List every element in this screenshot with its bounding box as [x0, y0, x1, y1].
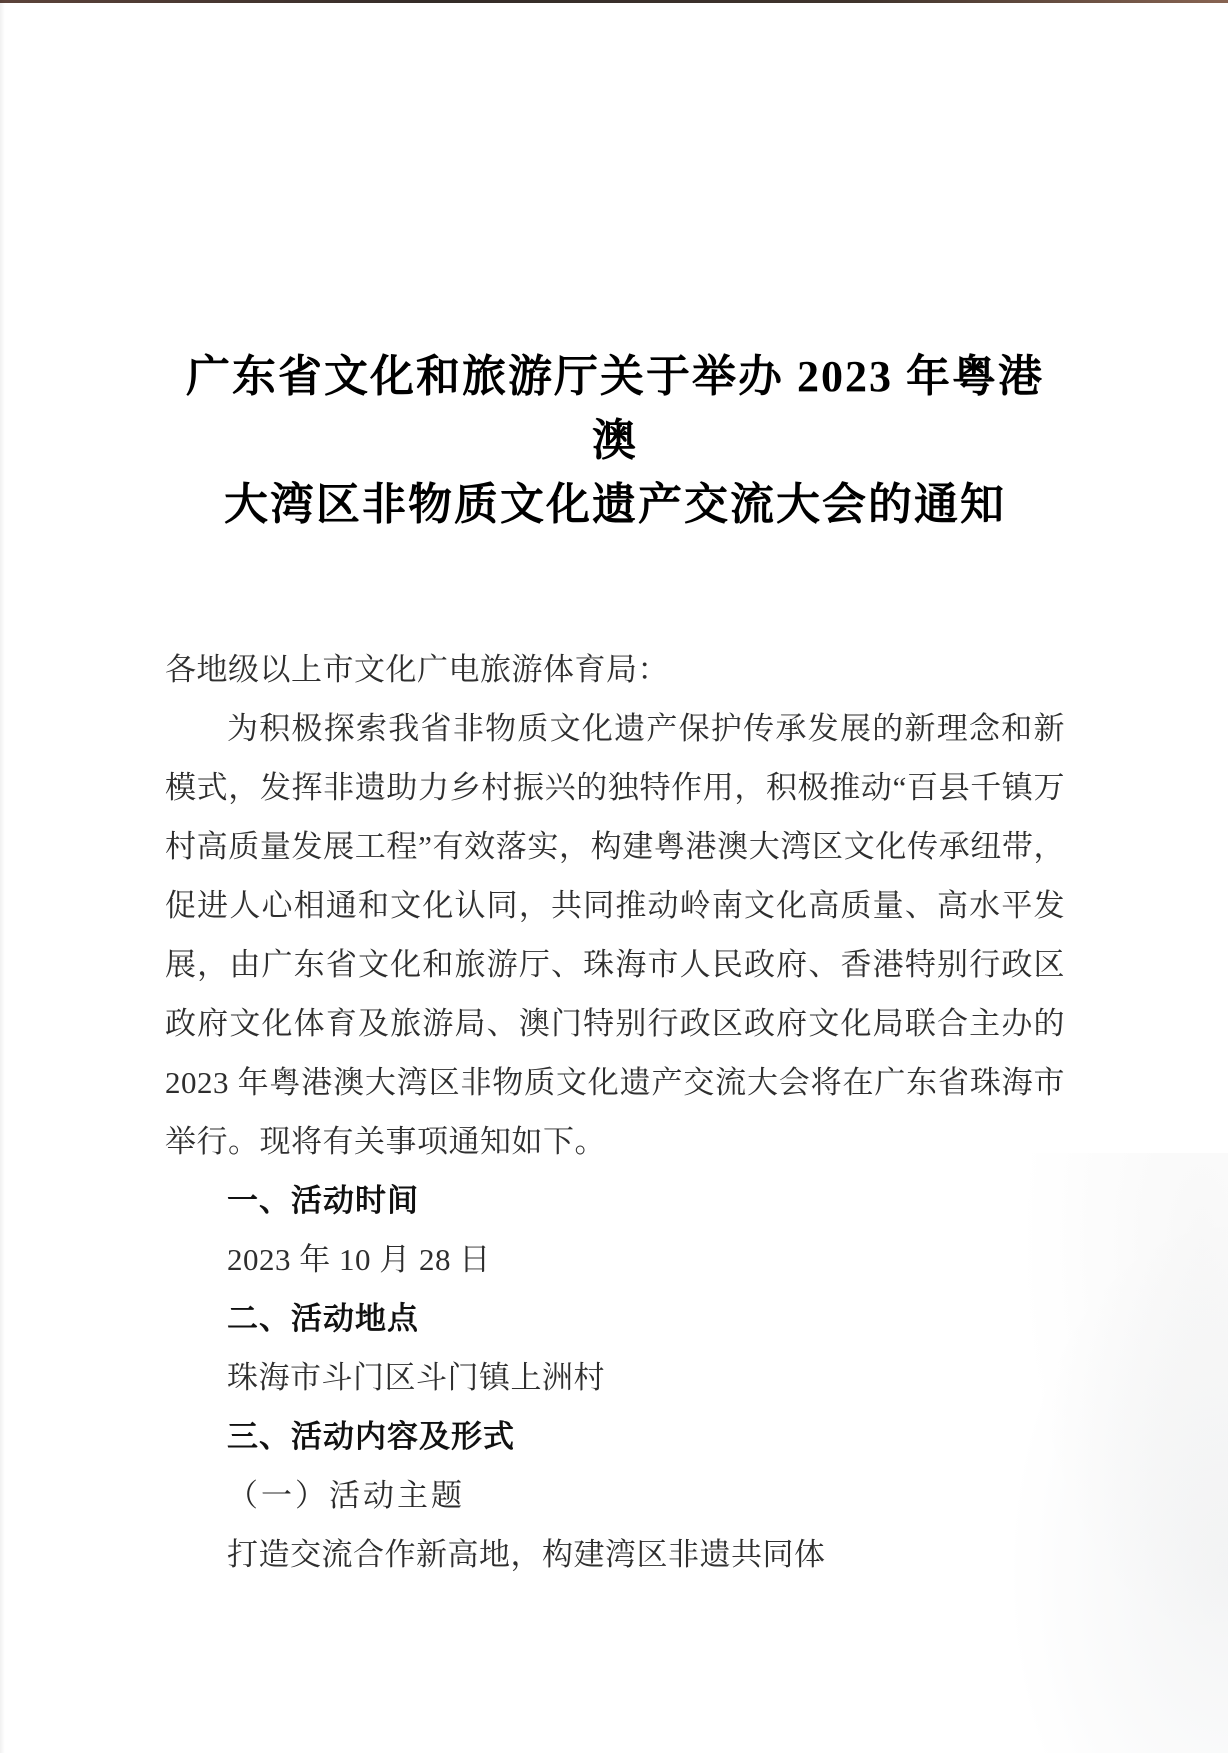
scanned-document-page: 广东省文化和旅游厅关于举办 2023 年粤港澳 大湾区非物质文化遗产交流大会的通…: [0, 0, 1228, 1753]
section-2-body: 珠海市斗门区斗门镇上洲村: [165, 1348, 1065, 1407]
document-content: 广东省文化和旅游厅关于举办 2023 年粤港澳 大湾区非物质文化遗产交流大会的通…: [165, 0, 1065, 1584]
document-title: 广东省文化和旅游厅关于举办 2023 年粤港澳 大湾区非物质文化遗产交流大会的通…: [165, 345, 1065, 537]
section-1-body: 2023 年 10 月 28 日: [165, 1230, 1065, 1289]
section-3-heading: 三、活动内容及形式: [165, 1407, 1065, 1466]
scan-artifact-left-edge: [0, 0, 5, 1753]
document-body: 各地级以上市文化广电旅游体育局： 为积极探索我省非物质文化遗产保护传承发展的新理…: [165, 640, 1065, 1584]
section-3-subheading: （一）活动主题: [165, 1466, 1065, 1525]
salutation: 各地级以上市文化广电旅游体育局：: [165, 640, 1065, 699]
section-3-body: 打造交流合作新高地，构建湾区非遗共同体: [165, 1525, 1065, 1584]
section-2-heading: 二、活动地点: [165, 1289, 1065, 1348]
section-1-heading: 一、活动时间: [165, 1171, 1065, 1230]
intro-paragraph: 为积极探索我省非物质文化遗产保护传承发展的新理念和新模式，发挥非遗助力乡村振兴的…: [165, 699, 1065, 1171]
document-title-line2: 大湾区非物质文化遗产交流大会的通知: [165, 473, 1065, 537]
document-title-line1: 广东省文化和旅游厅关于举办 2023 年粤港澳: [165, 345, 1065, 473]
